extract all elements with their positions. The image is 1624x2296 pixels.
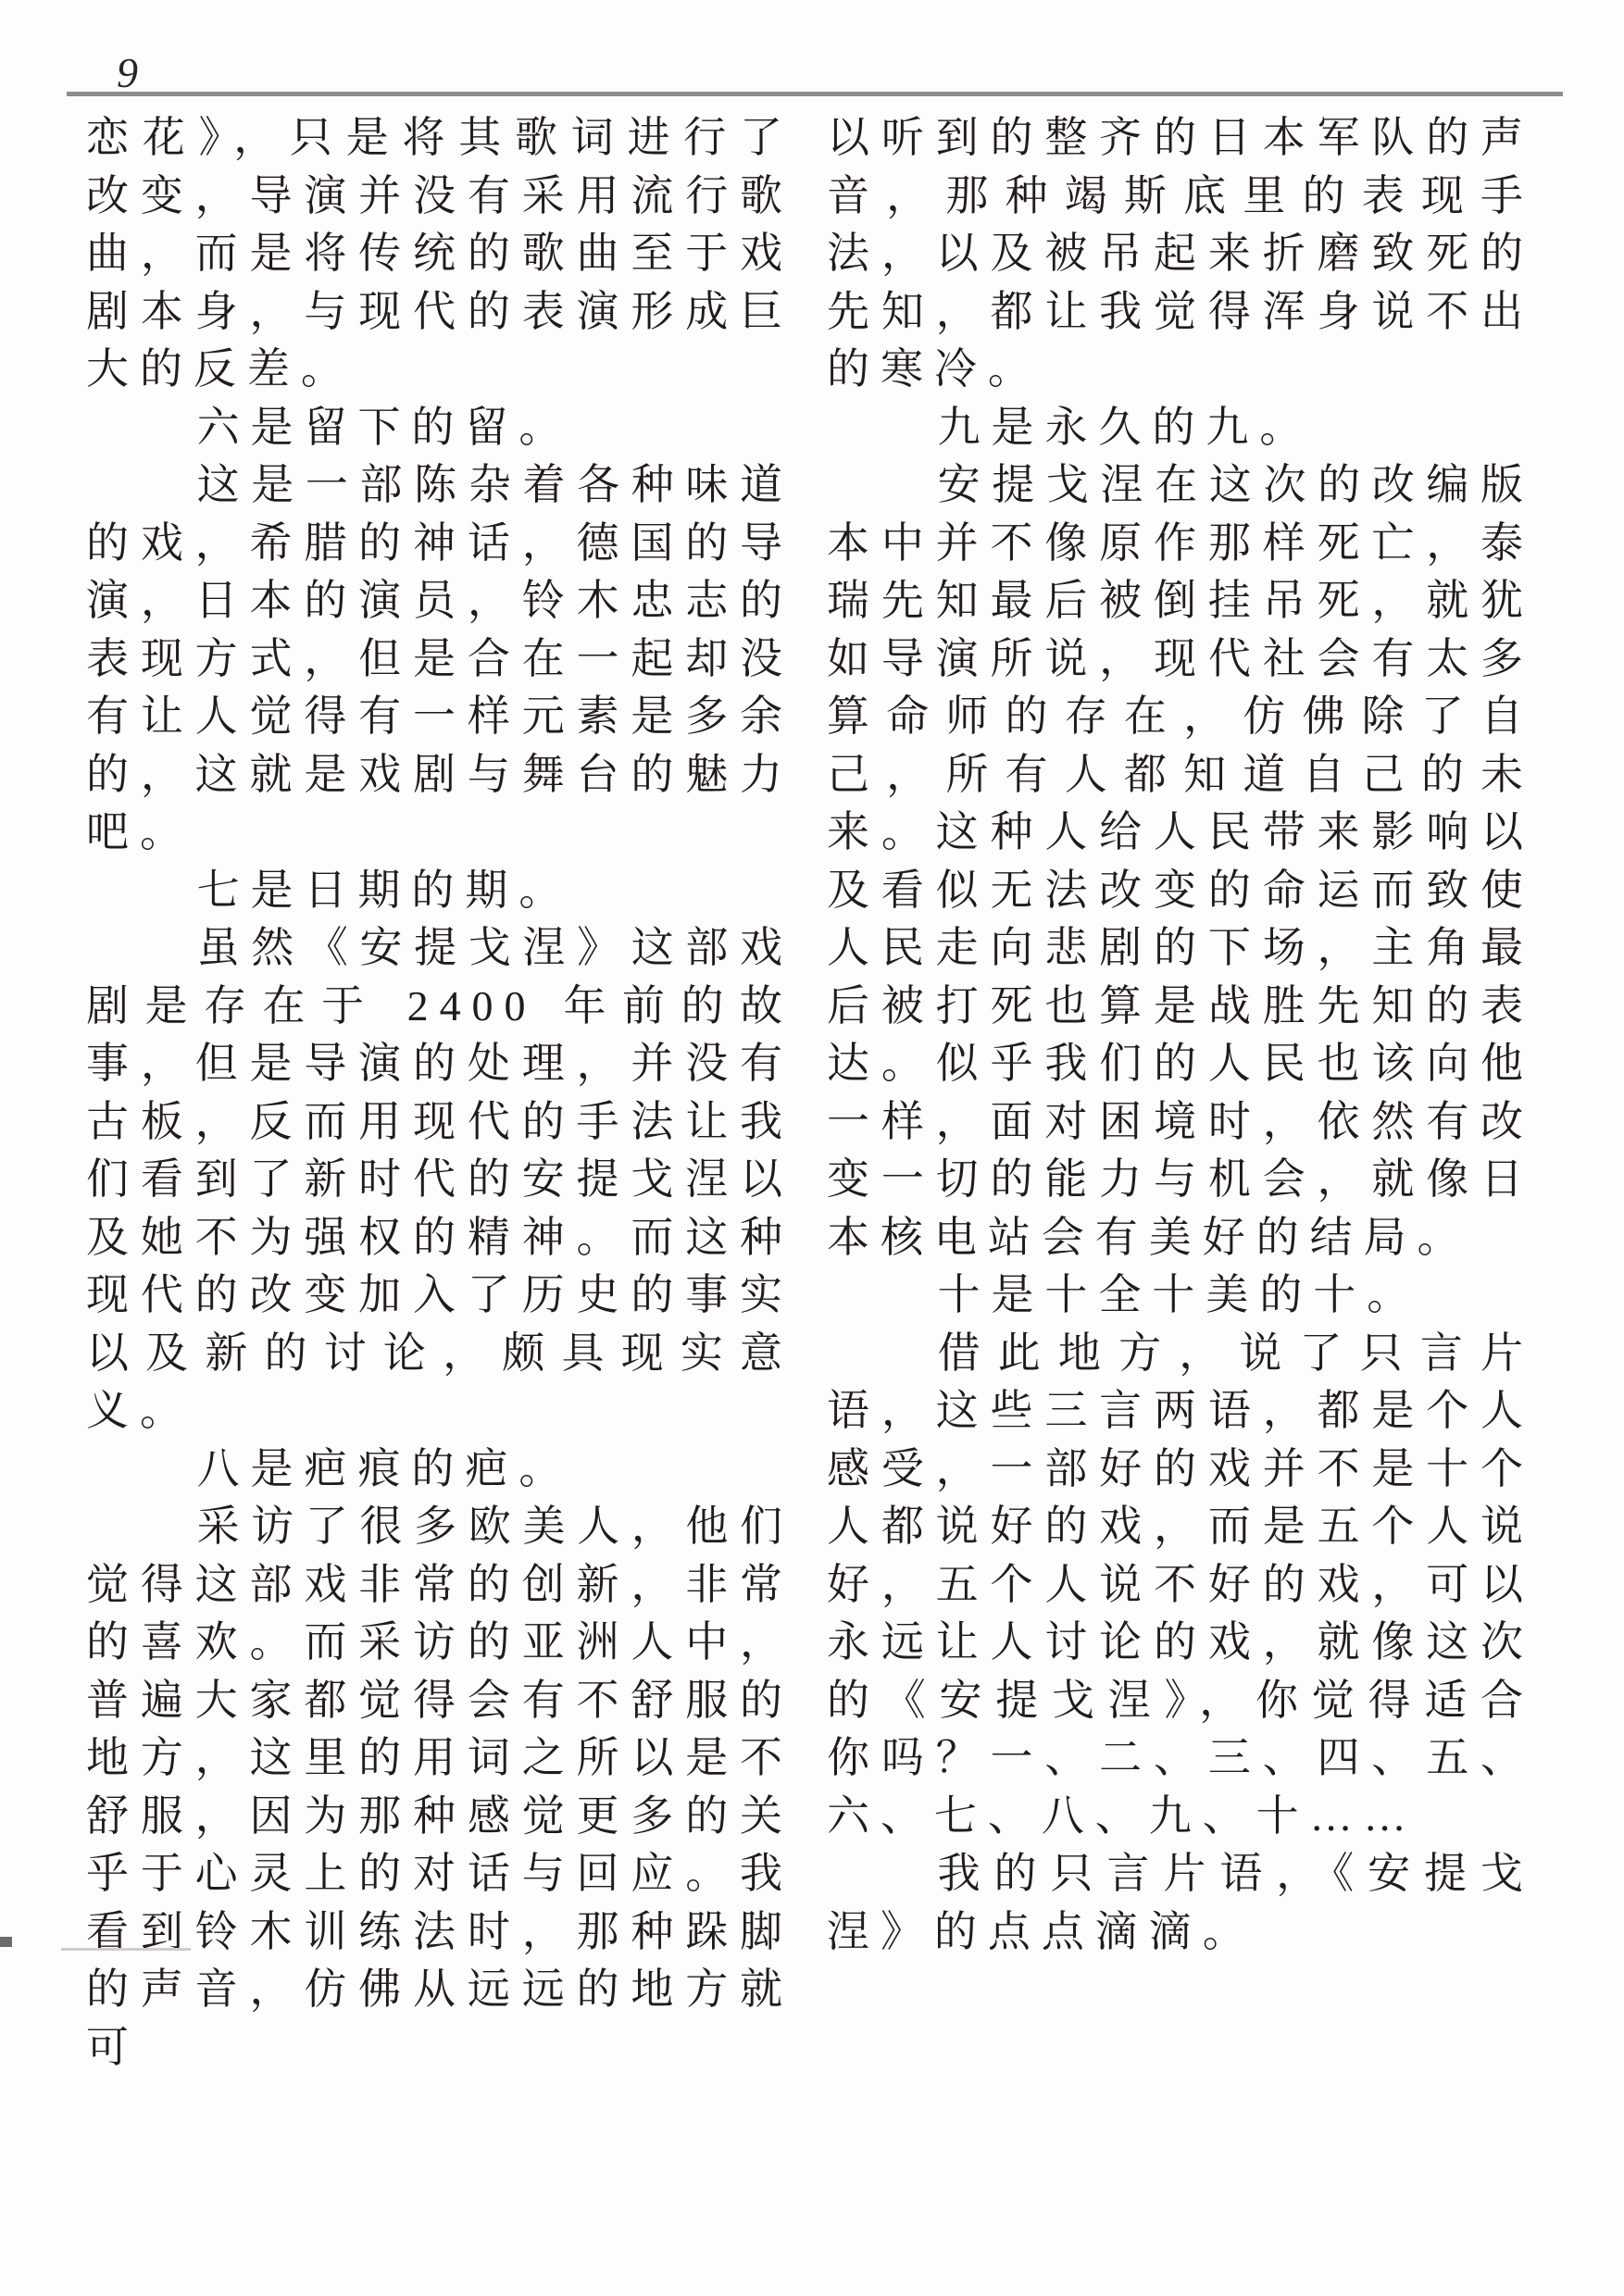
scan-artifact-line	[61, 1948, 191, 1951]
page-number: 9	[117, 48, 138, 97]
paragraph: 借此地方，说了只言片语，这些三言两语，都是个人感受，一部好的戏并不是十个人都说好…	[827, 1325, 1534, 1846]
paragraph: 采访了很多欧美人，他们觉得这部戏非常的创新，非常的喜欢。而采访的亚洲人中，普遍大…	[86, 1498, 793, 2077]
paragraph: 八是疤痕的疤。	[86, 1441, 793, 1499]
document-page: 9 恋花》，只是将其歌词进行了改变，导演并没有采用流行歌曲，而是将传统的歌曲至于…	[0, 0, 1624, 2296]
paragraph: 以听到的整齐的日本军队的声音，那种竭斯底里的表现手法，以及被吊起来折磨致死的先知…	[827, 109, 1534, 399]
paragraph: 这是一部陈杂着各种味道的戏，希腊的神话，德国的导演，日本的演员，铃木忠志的表现方…	[86, 456, 793, 862]
text-column-right: 以听到的整齐的日本军队的声音，那种竭斯底里的表现手法，以及被吊起来折磨致死的先知…	[827, 109, 1534, 1961]
text-column-left: 恋花》，只是将其歌词进行了改变，导演并没有采用流行歌曲，而是将传统的歌曲至于戏剧…	[86, 109, 793, 2077]
paragraph: 六是留下的留。	[86, 399, 793, 457]
paragraph: 我的只言片语，《安提戈涅》的点点滴滴。	[827, 1845, 1534, 1961]
paragraph: 虽然《安提戈涅》这部戏剧是存在于 2400 年前的故事，但是导演的处理，并没有古…	[86, 919, 793, 1441]
scan-artifact-speck	[0, 1937, 12, 1947]
header-rule	[67, 92, 1563, 96]
paragraph: 十是十全十美的十。	[827, 1267, 1534, 1325]
paragraph: 安提戈涅在这次的改编版本中并不像原作那样死亡，泰瑞先知最后被倒挂吊死，就犹如导演…	[827, 456, 1534, 1267]
paragraph: 恋花》，只是将其歌词进行了改变，导演并没有采用流行歌曲，而是将传统的歌曲至于戏剧…	[86, 109, 793, 399]
paragraph: 七是日期的期。	[86, 862, 793, 920]
paragraph: 九是永久的九。	[827, 399, 1534, 457]
